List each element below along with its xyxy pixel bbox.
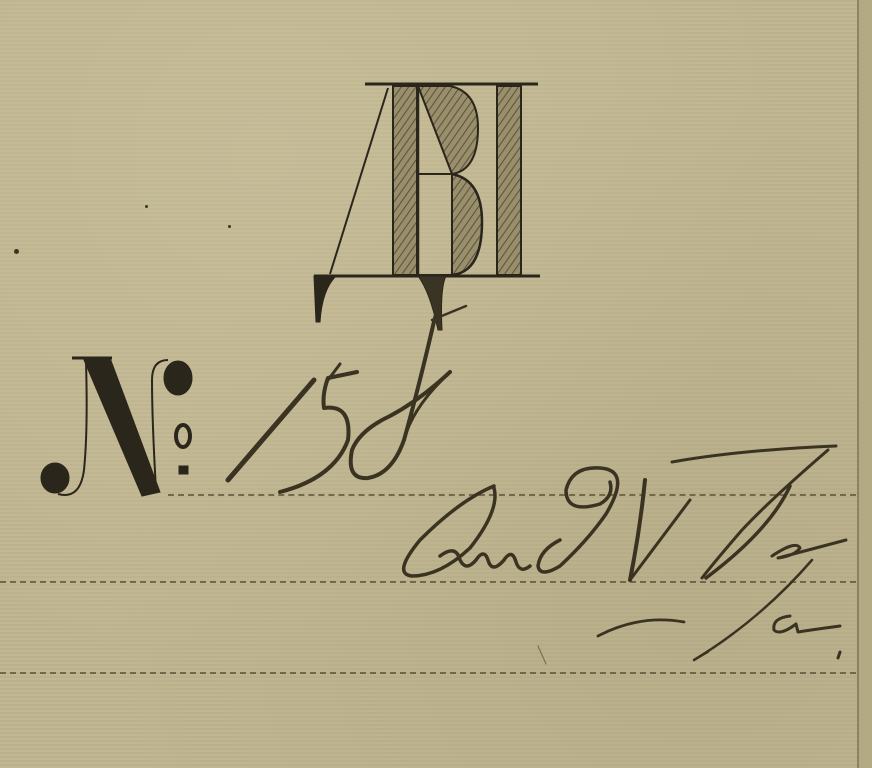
handwritten-annotation [0, 0, 872, 768]
